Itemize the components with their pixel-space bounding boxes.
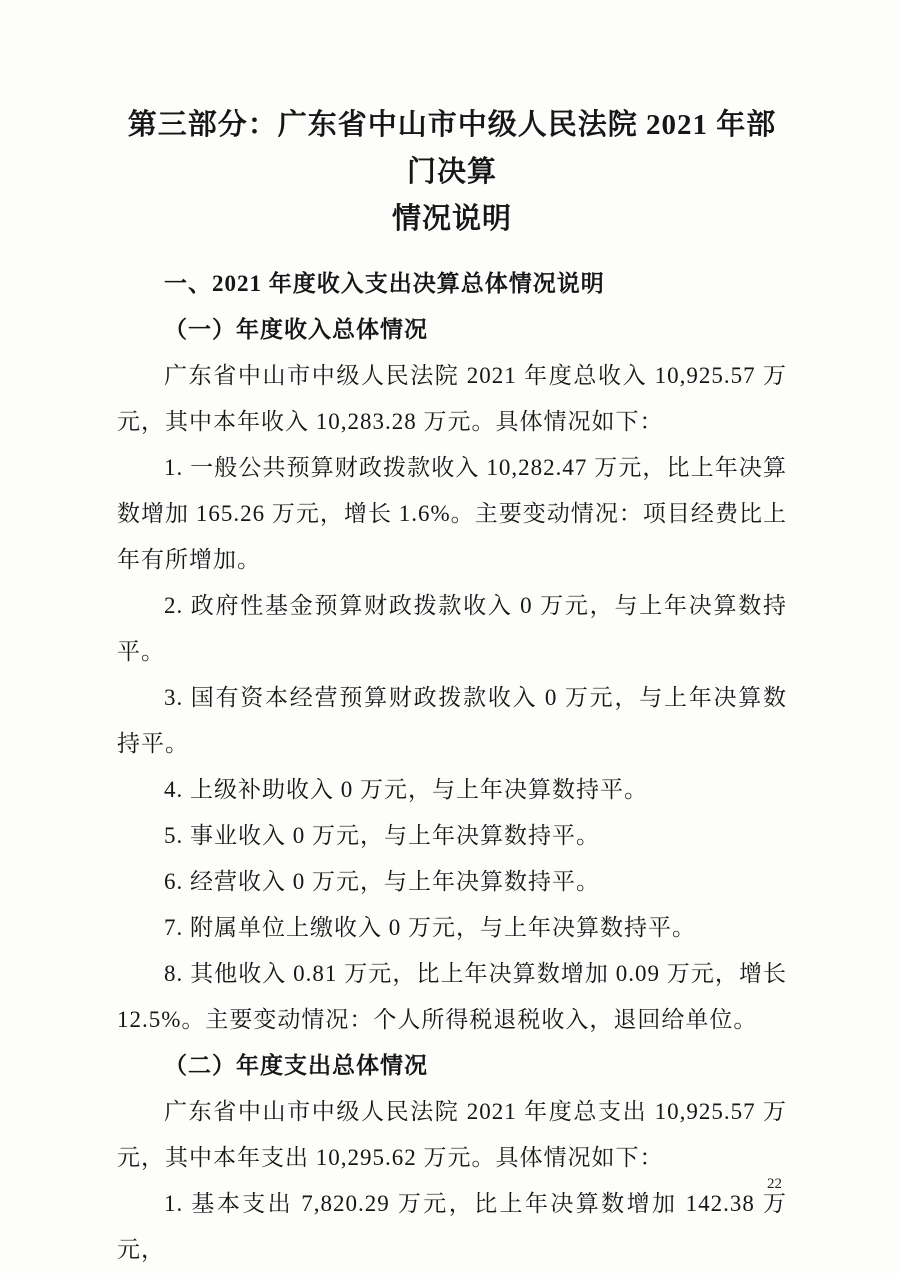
body-paragraph-total-expenditure: 广东省中山市中级人民法院 2021 年度总支出 10,925.57 万元，其中本…	[117, 1089, 787, 1181]
section-heading-annual-expenditure: （二）年度支出总体情况	[117, 1043, 787, 1089]
body-paragraph-item-4-superior-subsidy: 4. 上级补助收入 0 万元，与上年决算数持平。	[117, 767, 787, 813]
document-title: 第三部分：广东省中山市中级人民法院 2021 年部门决算 情况说明	[117, 102, 787, 243]
body-paragraph-item-5-business-income: 5. 事业收入 0 万元，与上年决算数持平。	[117, 813, 787, 859]
body-paragraph-item-8-other-income: 8. 其他收入 0.81 万元，比上年决算数增加 0.09 万元，增长 12.5…	[117, 951, 787, 1043]
section-heading-income-overview-parent: 一、2021 年度收入支出决算总体情况说明	[117, 261, 787, 307]
document-title-line-1: 第三部分：广东省中山市中级人民法院 2021 年部门决算	[117, 102, 787, 196]
body-paragraph-item-1-general-budget: 1. 一般公共预算财政拨款收入 10,282.47 万元，比上年决算数增加 16…	[117, 445, 787, 583]
document-body: 一、2021 年度收入支出决算总体情况说明 （一）年度收入总体情况 广东省中山市…	[117, 261, 787, 1273]
document-content: 第三部分：广东省中山市中级人民法院 2021 年部门决算 情况说明 一、2021…	[117, 102, 787, 1273]
body-paragraph-item-7-affiliated-units: 7. 附属单位上缴收入 0 万元，与上年决算数持平。	[117, 905, 787, 951]
body-paragraph-item-1-basic-expenditure: 1. 基本支出 7,820.29 万元，比上年决算数增加 142.38 万元，	[117, 1181, 787, 1273]
body-paragraph-item-2-gov-funds: 2. 政府性基金预算财政拨款收入 0 万元，与上年决算数持平。	[117, 583, 787, 675]
page-number: 22	[767, 1174, 782, 1194]
document-title-line-2: 情况说明	[117, 196, 787, 243]
body-paragraph-item-3-state-capital: 3. 国有资本经营预算财政拨款收入 0 万元，与上年决算数持平。	[117, 675, 787, 767]
document-page: 第三部分：广东省中山市中级人民法院 2021 年部门决算 情况说明 一、2021…	[0, 0, 899, 1273]
body-paragraph-item-6-operating-income: 6. 经营收入 0 万元，与上年决算数持平。	[117, 859, 787, 905]
section-heading-annual-income: （一）年度收入总体情况	[117, 307, 787, 353]
body-paragraph-total-income: 广东省中山市中级人民法院 2021 年度总收入 10,925.57 万元，其中本…	[117, 353, 787, 445]
